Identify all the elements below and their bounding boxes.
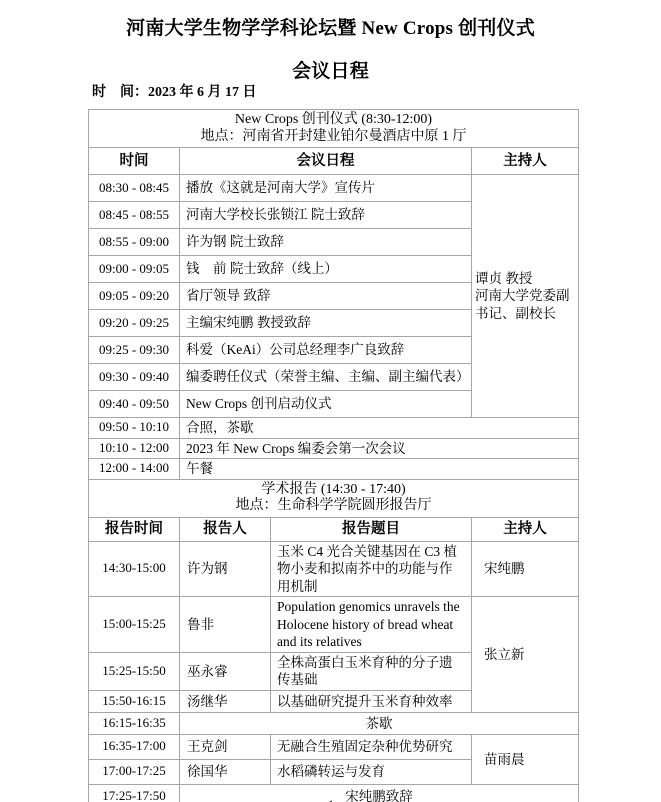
program-cell: 科爱（KeAi）公司总经理李广良致辞 bbox=[180, 337, 472, 364]
session1-header-cell: New Crops 创刊仪式 (8:30-12:00) 地点：河南省开封建业铂尔… bbox=[89, 110, 579, 148]
program-cell: 播放《这就是河南大学》宣传片 bbox=[180, 175, 472, 202]
speaker-cell: 汤继华 bbox=[180, 690, 271, 712]
table-row: 12:00 - 14:00 午餐 bbox=[89, 459, 579, 480]
program-cell: 合照，茶歇 bbox=[180, 418, 579, 439]
session2-column-header-row: 报告时间 报告人 报告题目 主持人 bbox=[89, 517, 579, 541]
session1-location: 地点：河南省开封建业铂尔曼酒店中原 1 厅 bbox=[89, 129, 578, 146]
column-header-time: 时间 bbox=[89, 148, 180, 175]
column-header-program: 会议日程 bbox=[180, 148, 472, 175]
table-row: 10:10 - 12:00 2023 年 New Crops 编委会第一次会议 bbox=[89, 438, 579, 459]
time-cell: 17:25-17:50 bbox=[89, 784, 180, 802]
program-cell: 主编宋纯鹏 教授致辞 bbox=[180, 310, 472, 337]
program-cell: 河南大学校长张锁江 院士致辞 bbox=[180, 202, 472, 229]
host-cell: 张立新 bbox=[472, 597, 579, 713]
program-cell: 午餐 bbox=[180, 459, 579, 480]
report-title-cell: 水稻磷转运与发育 bbox=[271, 759, 472, 784]
speaker-cell: 许为钢 bbox=[180, 541, 271, 597]
time-cell: 09:05 - 09:20 bbox=[89, 283, 180, 310]
report-title-cell: 玉米 C4 光合关键基因在 C3 植物小麦和拟南芥中的功能与作用机制 bbox=[271, 541, 472, 597]
session1-column-header-row: 时间 会议日程 主持人 bbox=[89, 148, 579, 175]
document-title: 河南大学生物学学科论坛暨 New Crops 创刊仪式 bbox=[0, 13, 661, 40]
column-header-host: 主持人 bbox=[472, 148, 579, 175]
session2-header-row: 学术报告 (14:30 - 17:40) 地点：生命科学学院圆形报告厅 bbox=[89, 479, 579, 517]
time-cell: 15:00-15:25 bbox=[89, 597, 180, 653]
time-cell: 14:30-15:00 bbox=[89, 541, 180, 597]
time-cell: 09:40 - 09:50 bbox=[89, 391, 180, 418]
time-cell: 12:00 - 14:00 bbox=[89, 459, 180, 480]
tea-break-row: 16:15-16:35 茶歇 bbox=[89, 712, 579, 734]
column-header-report-time: 报告时间 bbox=[89, 517, 180, 541]
speaker-cell: 巫永睿 bbox=[180, 652, 271, 690]
host-cell: 苗雨晨 bbox=[472, 734, 579, 784]
table-row: 16:35-17:00 王克剑 无融合生殖固定杂种优势研究 苗雨晨 bbox=[89, 734, 579, 759]
program-cell: 编委聘任仪式（荣誉主编、主编、副主编代表） bbox=[180, 364, 472, 391]
time-cell: 09:20 - 09:25 bbox=[89, 310, 180, 337]
report-title-cell: 全株高蛋白玉米育种的分子遗传基础 bbox=[271, 652, 472, 690]
program-cell: 2023 年 New Crops 编委会第一次会议 bbox=[180, 438, 579, 459]
page-number: 1 bbox=[324, 797, 338, 802]
closing-cell: 宋纯鹏致辞 bbox=[180, 784, 579, 802]
table-row: 08:30 - 08:45 播放《这就是河南大学》宣传片 谭贞 教授 河南大学党… bbox=[89, 175, 579, 202]
speaker-cell: 鲁非 bbox=[180, 597, 271, 653]
table-row: 15:00-15:25 鲁非 Population genomics unrav… bbox=[89, 597, 579, 653]
time-cell: 16:15-16:35 bbox=[89, 712, 180, 734]
time-cell: 15:50-16:15 bbox=[89, 690, 180, 712]
time-cell: 09:00 - 09:05 bbox=[89, 256, 180, 283]
document-subtitle: 会议日程 bbox=[0, 56, 661, 83]
table-row: 09:50 - 10:10 合照，茶歇 bbox=[89, 418, 579, 439]
program-cell: 钱 前 院士致辞（线上） bbox=[180, 256, 472, 283]
column-header-report-title: 报告题目 bbox=[271, 517, 472, 541]
program-cell: New Crops 创刊启动仪式 bbox=[180, 391, 472, 418]
time-cell: 09:50 - 10:10 bbox=[89, 418, 180, 439]
agenda-table: New Crops 创刊仪式 (8:30-12:00) 地点：河南省开封建业铂尔… bbox=[88, 109, 579, 802]
column-header-host: 主持人 bbox=[472, 517, 579, 541]
session2-header-cell: 学术报告 (14:30 - 17:40) 地点：生命科学学院圆形报告厅 bbox=[89, 479, 579, 517]
session2-location: 地点：生命科学学院圆形报告厅 bbox=[89, 498, 578, 515]
time-cell: 10:10 - 12:00 bbox=[89, 438, 180, 459]
program-cell: 省厅领导 致辞 bbox=[180, 283, 472, 310]
time-cell: 08:45 - 08:55 bbox=[89, 202, 180, 229]
report-title-cell: Population genomics unravels the Holocen… bbox=[271, 597, 472, 653]
time-cell: 08:55 - 09:00 bbox=[89, 229, 180, 256]
report-title-cell: 无融合生殖固定杂种优势研究 bbox=[271, 734, 472, 759]
session1-header-row: New Crops 创刊仪式 (8:30-12:00) 地点：河南省开封建业铂尔… bbox=[89, 110, 579, 148]
program-cell: 许为钢 院士致辞 bbox=[180, 229, 472, 256]
speaker-cell: 王克剑 bbox=[180, 734, 271, 759]
report-title-cell: 以基础研究提升玉米育种效率 bbox=[271, 690, 472, 712]
tea-break-cell: 茶歇 bbox=[180, 712, 579, 734]
date-line: 时 间：2023 年 6 月 17 日 bbox=[92, 81, 257, 101]
time-cell: 08:30 - 08:45 bbox=[89, 175, 180, 202]
session1-title: New Crops 创刊仪式 (8:30-12:00) bbox=[89, 112, 578, 129]
host-cell: 宋纯鹏 bbox=[472, 541, 579, 597]
time-cell: 09:25 - 09:30 bbox=[89, 337, 180, 364]
host-name: 谭贞 教授 bbox=[475, 271, 532, 286]
host-cell: 谭贞 教授 河南大学党委副书记、副校长 bbox=[472, 175, 579, 418]
time-cell: 15:25-15:50 bbox=[89, 652, 180, 690]
time-cell: 09:30 - 09:40 bbox=[89, 364, 180, 391]
session2-title: 学术报告 (14:30 - 17:40) bbox=[89, 482, 578, 499]
speaker-cell: 徐国华 bbox=[180, 759, 271, 784]
host-role: 河南大学党委副书记、副校长 bbox=[475, 287, 576, 322]
time-cell: 16:35-17:00 bbox=[89, 734, 180, 759]
column-header-speaker: 报告人 bbox=[180, 517, 271, 541]
time-cell: 17:00-17:25 bbox=[89, 759, 180, 784]
table-row: 14:30-15:00 许为钢 玉米 C4 光合关键基因在 C3 植物小麦和拟南… bbox=[89, 541, 579, 597]
